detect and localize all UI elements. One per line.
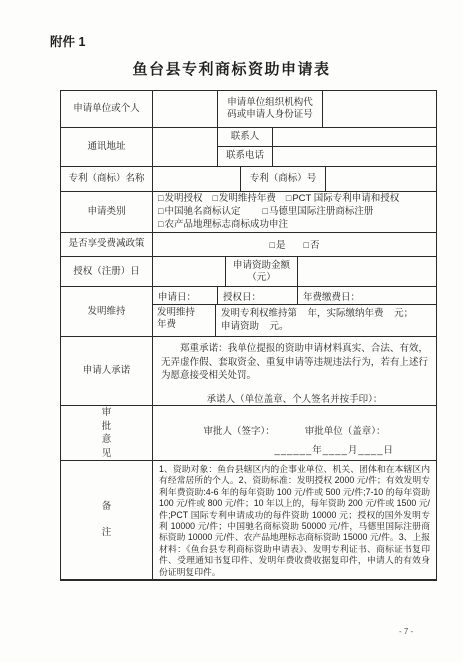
address-label: 通讯地址 bbox=[61, 128, 153, 167]
fee-reduction-label: 是否享受费减政策 bbox=[61, 233, 153, 258]
approval-unit-label: 审批单位（盖章）： bbox=[305, 426, 386, 438]
annual-fee-line-2: 申请资助 元。 bbox=[221, 321, 431, 334]
notes-text: 1、资助对象：鱼台县辖区内的企事业单位、机关、团体和在本辖区内有经常居所的个人。… bbox=[153, 461, 436, 579]
application-form-table: 申请单位或个人 申请单位组织机构代码或申请人身份证号 通讯地址 联系人 联系电话 bbox=[60, 90, 437, 581]
patent-name-label: 专利（商标）名称 bbox=[61, 167, 153, 192]
row-category: 申请类别 □发明授权 □发明维持年费 □PCT 国际专利申请和授权 □中国驰名商… bbox=[61, 192, 436, 233]
patent-name-value-cell bbox=[153, 167, 241, 192]
grant-date-label: 授权（注册）日 bbox=[61, 257, 153, 287]
contact-subtable: 联系人 联系电话 bbox=[218, 128, 436, 167]
commitment-label: 申请人承诺 bbox=[61, 337, 153, 406]
annual-fee-line-1: 发明专利权维持第 年，实际缴纳年费 元； bbox=[221, 308, 431, 321]
amount-value-cell bbox=[298, 257, 436, 287]
amount-label: 申请资助金额（元） bbox=[226, 257, 298, 287]
address-value-cell bbox=[153, 128, 218, 167]
row-address: 通讯地址 联系人 联系电话 bbox=[61, 128, 436, 167]
option-madrid-trademark: □马德里国际注册商标注册 bbox=[262, 205, 373, 218]
annual-fee-label: 发明维持年费 bbox=[153, 305, 216, 337]
page-number: - 7 - bbox=[399, 627, 413, 636]
contact-label: 联系人 bbox=[218, 128, 273, 147]
approver-label: 审批人（签字）： bbox=[203, 426, 274, 438]
row-grant-date: 授权（注册）日 申请资助金额（元） bbox=[61, 257, 436, 287]
applicant-code-value-cell bbox=[323, 91, 436, 128]
checkbox-icon: □ bbox=[270, 240, 275, 250]
page-title: 鱼台县专利商标资助申请表 bbox=[0, 58, 463, 79]
approval-label: 审批意见 bbox=[61, 406, 153, 461]
phone-value-cell bbox=[273, 147, 436, 166]
category-options: □发明授权 □发明维持年费 □PCT 国际专利申请和授权 □中国驰名商标认定 □… bbox=[153, 192, 436, 233]
row-patent: 专利（商标）名称 专利（商标）号 bbox=[61, 167, 436, 192]
option-yes: □是 bbox=[270, 237, 286, 251]
category-line-1: □发明授权 □发明维持年费 □PCT 国际专利申请和授权 bbox=[158, 192, 431, 205]
checkbox-icon: □ bbox=[286, 192, 291, 205]
row-applicant: 申请单位或个人 申请单位组织机构代码或申请人身份证号 bbox=[61, 91, 436, 128]
category-line-2: □中国驰名商标认定 □马德里国际注册商标注册 bbox=[158, 205, 431, 218]
commitment-signer-label: 承诺人（单位盖章、个人签名并按手印）： bbox=[161, 393, 428, 407]
checkbox-icon: □ bbox=[158, 205, 163, 218]
row-fee-reduction: 是否享受费减政策 □是 □否 bbox=[61, 233, 436, 258]
option-pct-international: □PCT 国际专利申请和授权 bbox=[286, 192, 399, 205]
option-invention-maintain-fee: □发明维持年费 bbox=[212, 192, 275, 205]
approval-signature-line: 审批人（签字）： 审批单位（盖章）： bbox=[153, 426, 436, 438]
patent-number-value-cell bbox=[326, 167, 436, 192]
checkbox-icon: □ bbox=[304, 240, 309, 250]
row-notes: 备注 1、资助对象：鱼台县辖区内的企事业单位、机关、团体和在本辖区内有经常居所的… bbox=[61, 461, 436, 579]
attachment-label: 附件 1 bbox=[50, 32, 85, 50]
applicant-value-cell bbox=[153, 91, 218, 128]
row-commitment: 申请人承诺 郑重承诺：我单位提报的资助申请材料真实、合法、有效，无弄虚作假、套取… bbox=[61, 337, 436, 406]
contact-value-cell bbox=[273, 128, 436, 147]
phone-label: 联系电话 bbox=[218, 147, 273, 166]
applicant-code-label: 申请单位组织机构代码或申请人身份证号 bbox=[218, 91, 323, 128]
maintain-dates-row: 申请日： 授权日： 年费缴费日： bbox=[153, 287, 436, 305]
category-line-3: □农产品地理标志商标成功申注 bbox=[158, 218, 431, 231]
approval-content: 审批人（签字）： 审批单位（盖章）： ______年____月____日 bbox=[153, 406, 436, 461]
approval-date-line: ______年____月____日 bbox=[153, 442, 436, 460]
maintain-annual-fee-row: 发明维持年费 发明专利权维持第 年，实际缴纳年费 元； 申请资助 元。 bbox=[153, 305, 436, 337]
checkbox-icon: □ bbox=[158, 218, 163, 231]
row-maintain: 发明维持 申请日： 授权日： 年费缴费日： 发明维持年费 发明专利权维持第 年，… bbox=[61, 287, 436, 337]
maintain-apply-date-label: 申请日： bbox=[153, 287, 218, 305]
maintain-label: 发明维持 bbox=[61, 287, 153, 337]
checkbox-icon: □ bbox=[262, 205, 267, 218]
applicant-label: 申请单位或个人 bbox=[61, 91, 153, 128]
phone-row: 联系电话 bbox=[218, 147, 436, 166]
category-label: 申请类别 bbox=[61, 192, 153, 233]
annual-fee-text: 发明专利权维持第 年，实际缴纳年费 元； 申请资助 元。 bbox=[216, 305, 436, 337]
commitment-statement: 郑重承诺：我单位提报的资助申请材料真实、合法、有效，无弄虚作假、套取资金、重复申… bbox=[161, 342, 428, 383]
fee-reduction-options: □是 □否 bbox=[153, 233, 436, 258]
notes-label: 备注 bbox=[61, 461, 153, 579]
commitment-content: 郑重承诺：我单位提报的资助申请材料真实、合法、有效，无弄虚作假、套取资金、重复申… bbox=[153, 337, 436, 406]
row-approval: 审批意见 审批人（签字）： 审批单位（盖章）： ______年____月____… bbox=[61, 406, 436, 461]
maintain-grant-date-label: 授权日： bbox=[218, 287, 298, 305]
checkbox-icon: □ bbox=[212, 192, 217, 205]
option-china-famous-trademark: □中国驰名商标认定 bbox=[158, 205, 240, 218]
option-geographic-indication: □农产品地理标志商标成功申注 bbox=[158, 218, 288, 231]
checkbox-icon: □ bbox=[158, 192, 163, 205]
maintain-subtable: 申请日： 授权日： 年费缴费日： 发明维持年费 发明专利权维持第 年，实际缴纳年… bbox=[153, 287, 436, 337]
patent-number-label: 专利（商标）号 bbox=[241, 167, 326, 192]
grant-date-value-cell bbox=[153, 257, 226, 287]
contact-row: 联系人 bbox=[218, 128, 436, 147]
option-invention-grant: □发明授权 bbox=[158, 192, 202, 205]
document-page: 附件 1 鱼台县专利商标资助申请表 申请单位或个人 申请单位组织机构代码或申请人… bbox=[0, 0, 463, 663]
option-no: □否 bbox=[304, 237, 320, 251]
maintain-fee-date-label: 年费缴费日： bbox=[298, 287, 436, 305]
